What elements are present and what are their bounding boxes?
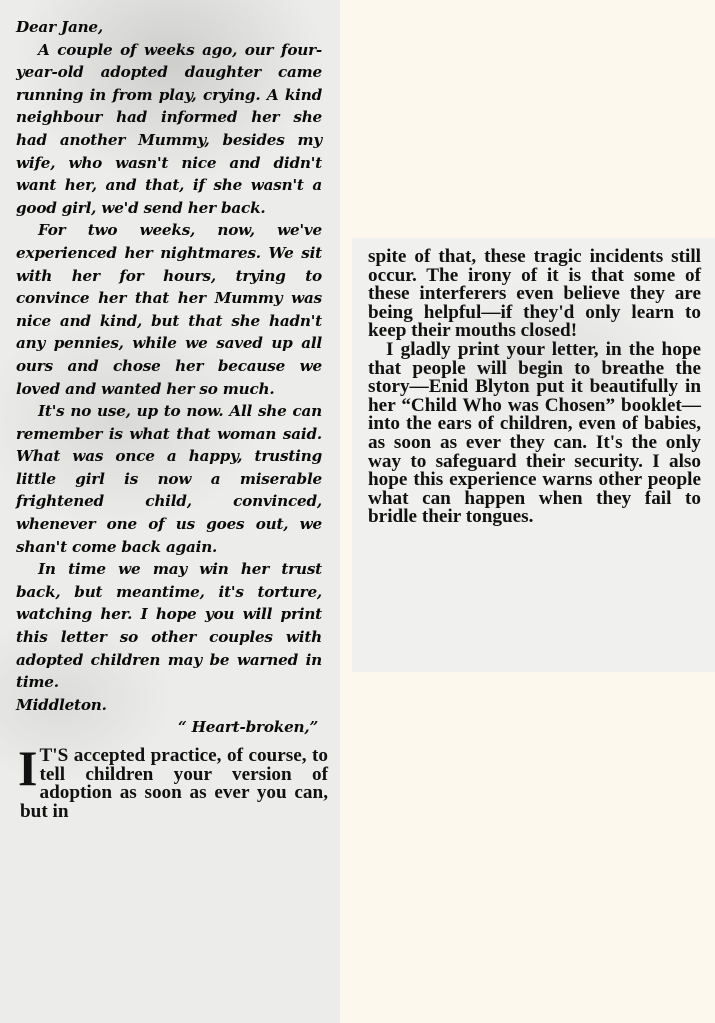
drop-cap: I — [18, 749, 37, 787]
reply-continuation: spite of that, these tragic incidents st… — [368, 248, 701, 341]
letter-salutation: Dear Jane, — [16, 16, 322, 39]
letter-paragraph: A couple of weeks ago, our four-year-old… — [16, 39, 322, 220]
letter-paragraph: For two weeks, now, we've experienced he… — [16, 219, 322, 400]
reply-opening: T'S accepted practice, of course, to tel… — [20, 745, 328, 822]
reply-paragraph: I gladly print your letter, in the hope … — [368, 341, 701, 527]
columnist-reply-start: IT'S accepted practice, of course, to te… — [0, 743, 340, 821]
letter-paragraph: In time we may win her trust back, but m… — [16, 558, 322, 694]
letter-signature: “ Heart-broken,” — [16, 716, 322, 739]
newspaper-clipping-left-column: Dear Jane, A couple of weeks ago, our fo… — [0, 0, 340, 1023]
columnist-reply-continued: spite of that, these tragic incidents st… — [352, 238, 715, 527]
letter-place: Middleton. — [16, 694, 322, 717]
newspaper-clipping-right-column: spite of that, these tragic incidents st… — [352, 238, 715, 672]
letter-paragraph: It's no use, up to now. All she can reme… — [16, 400, 322, 558]
reader-letter: Dear Jane, A couple of weeks ago, our fo… — [0, 0, 340, 739]
